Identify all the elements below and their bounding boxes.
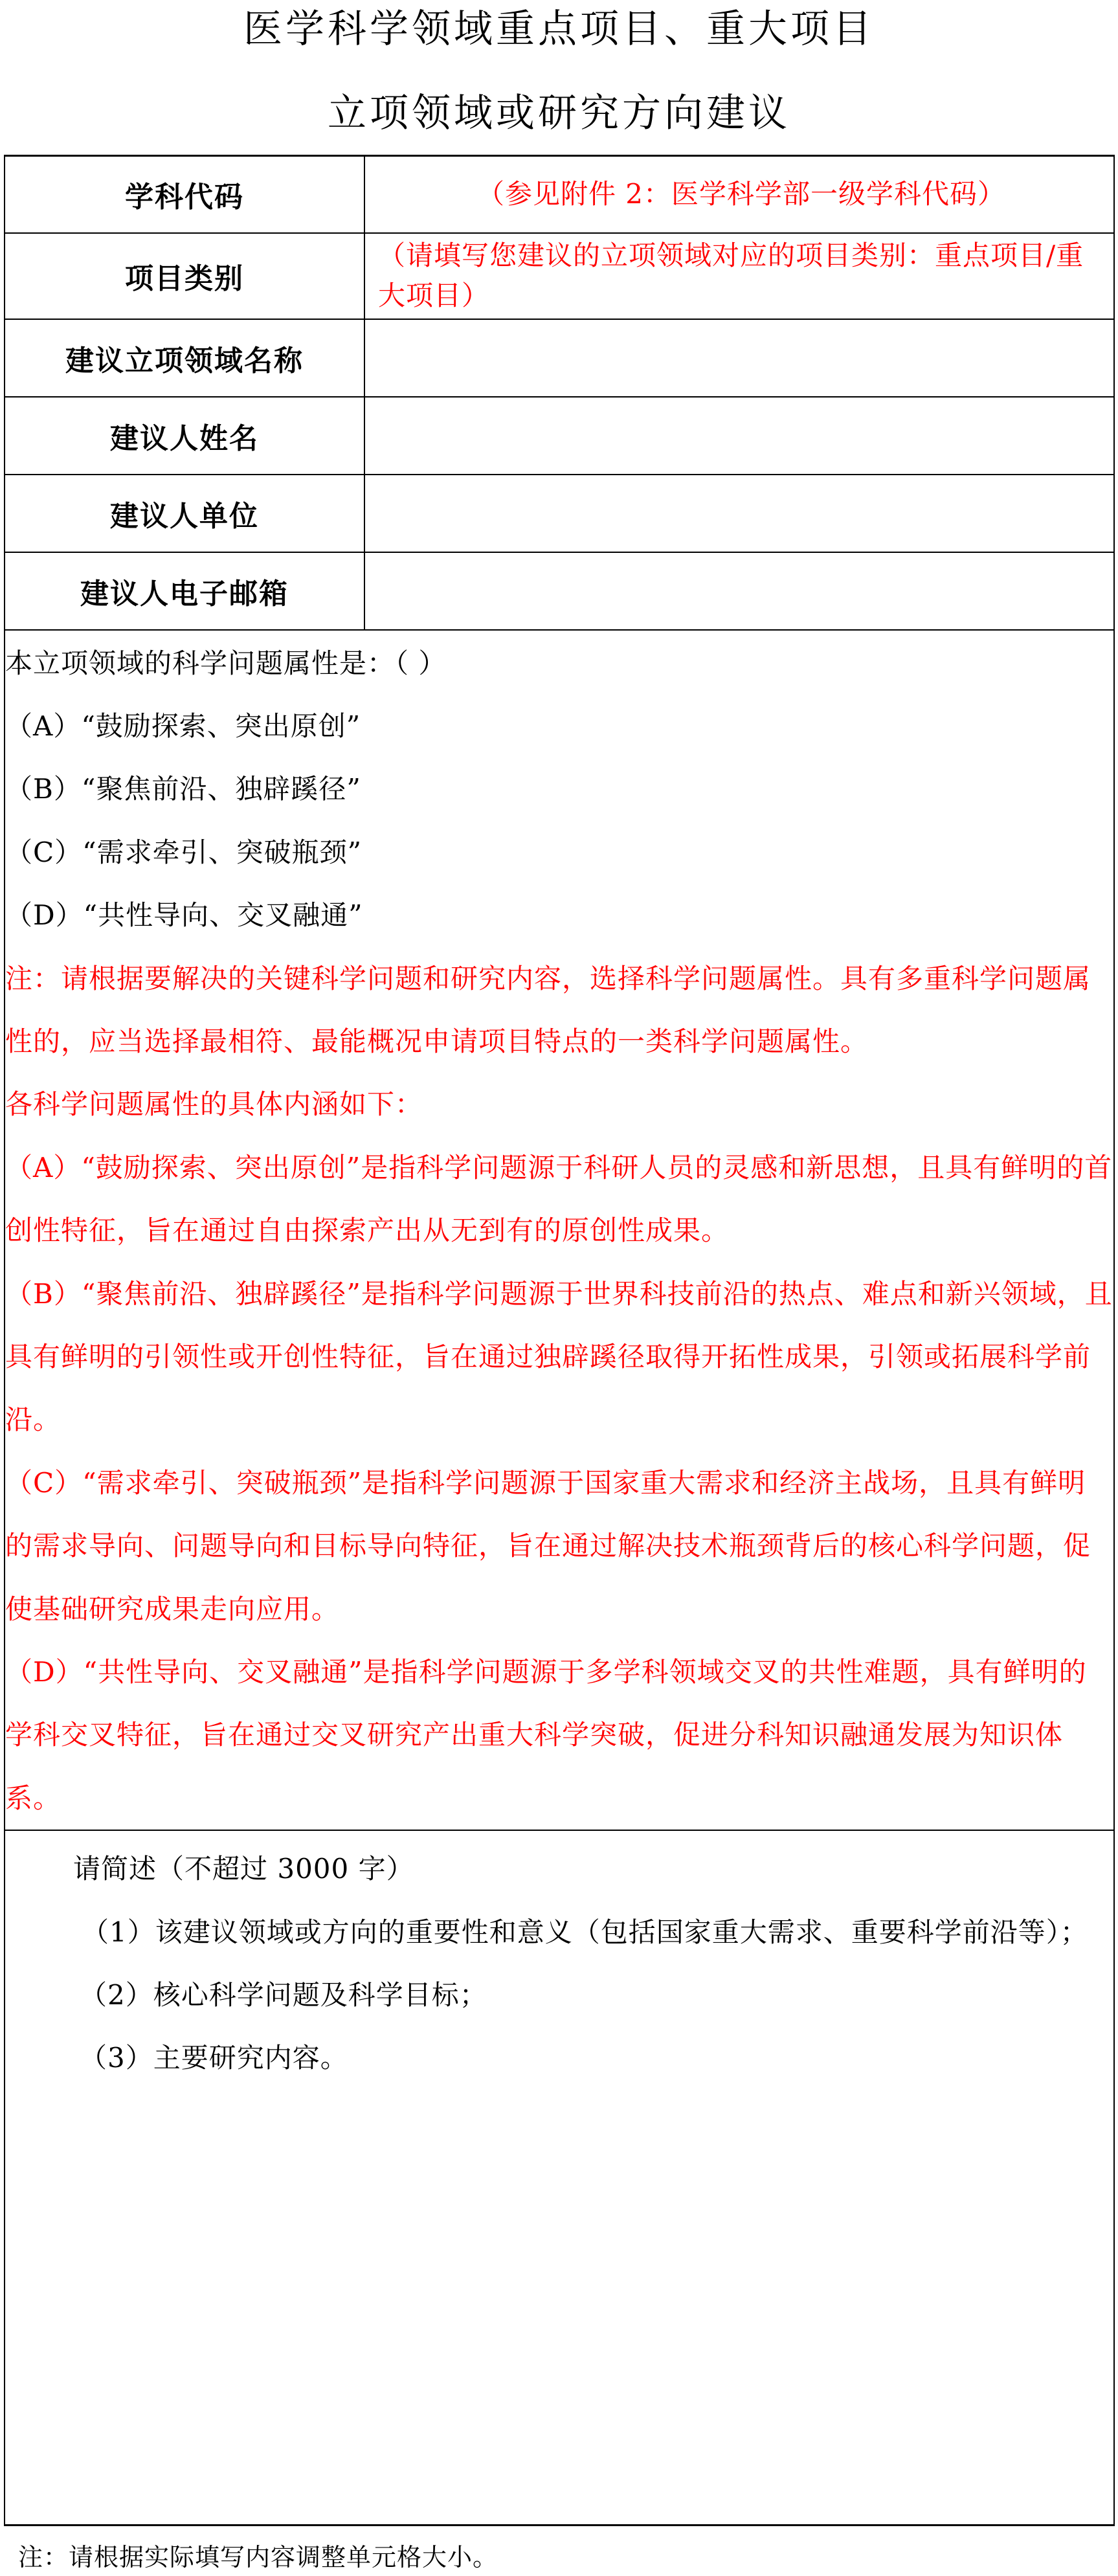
proposer-email-cell [364,552,1114,630]
form-row-description: 请简述（不超过 3000 字） （1）该建议领域或方向的重要性和意义（包括国家重… [5,1830,1114,2525]
form-row-proposer-name: 建议人姓名 [5,397,1114,475]
description-item-1: （1）该建议领域或方向的重要性和意义（包括国家重大需求、重要科学前沿等）； [5,1901,1113,1964]
attribute-option-b: （B）“聚焦前沿、独辟蹊径” [5,757,1113,820]
proposer-email-input[interactable] [365,576,1113,607]
document-title-line1: 医学科学领域重点项目、重大项目 [0,3,1118,55]
proposer-institution-input[interactable] [365,498,1113,529]
description-section: 请简述（不超过 3000 字） （1）该建议领域或方向的重要性和意义（包括国家重… [5,1830,1114,2525]
attribute-option-c: （C）“需求牵引、突破瓶颈” [5,821,1113,884]
attribute-definition-b: （B）“聚焦前沿、独辟蹊径”是指科学问题源于世界科技前沿的热点、难点和新兴领域，… [5,1262,1113,1451]
description-item-2: （2）核心科学问题及科学目标； [5,1964,1113,2026]
form-row-subject-code: 学科代码 （参见附件 2：医学科学部一级学科代码） [5,156,1114,233]
footer-note: 注：请根据实际填写内容调整单元格大小。 [18,2538,498,2576]
attribute-option-a: （A）“鼓励探索、突出原创” [5,695,1113,757]
proposer-name-cell [364,397,1114,475]
description-answer-area[interactable] [5,2090,1116,2455]
form-row-proposer-email: 建议人电子邮箱 [5,552,1114,630]
proposal-form-table: 学科代码 （参见附件 2：医学科学部一级学科代码） 项目类别 （请填写您建议的立… [4,155,1115,2526]
subject-code-field[interactable]: （参见附件 2：医学科学部一级学科代码） [364,156,1114,233]
field-name-input[interactable] [365,342,1113,374]
proposer-institution-cell [364,475,1114,552]
description-prompt: 请简述（不超过 3000 字） [5,1837,1113,1900]
attribute-definitions-heading: 各科学问题属性的具体内涵如下： [5,1073,1113,1136]
form-row-science-attribute: 本立项领域的科学问题属性是：（ ） （A）“鼓励探索、突出原创” （B）“聚焦前… [5,630,1114,1831]
science-attribute-section: 本立项领域的科学问题属性是：（ ） （A）“鼓励探索、突出原创” （B）“聚焦前… [5,630,1114,1831]
form-row-field-name: 建议立项领域名称 [5,319,1114,397]
project-category-field[interactable]: （请填写您建议的立项领域对应的项目类别：重点项目/重大项目） [364,233,1114,319]
proposer-institution-label: 建议人单位 [5,475,364,552]
attribute-selection-note: 注：请根据要解决的关键科学问题和研究内容，选择科学问题属性。具有多重科学问题属性… [5,947,1113,1073]
document-title-line2: 立项领域或研究方向建议 [0,87,1118,139]
description-item-3: （3）主要研究内容。 [5,2026,1113,2089]
project-category-label: 项目类别 [5,233,364,319]
proposer-name-label: 建议人姓名 [5,397,364,475]
field-name-label: 建议立项领域名称 [5,319,364,397]
subject-code-hint: （参见附件 2：医学科学部一级学科代码） [477,178,1005,210]
attribute-question[interactable]: 本立项领域的科学问题属性是：（ ） [5,632,1113,695]
subject-code-label: 学科代码 [5,156,364,233]
field-name-cell [364,319,1114,397]
proposer-name-input[interactable] [365,420,1113,451]
attribute-definition-d: （D）“共性导向、交叉融通”是指科学问题源于多学科领域交叉的共性难题，具有鲜明的… [5,1641,1113,1830]
project-category-hint: （请填写您建议的立项领域对应的项目类别：重点项目/重大项目） [378,240,1084,311]
form-row-project-category: 项目类别 （请填写您建议的立项领域对应的项目类别：重点项目/重大项目） [5,233,1114,319]
attribute-definition-a: （A）“鼓励探索、突出原创”是指科学问题源于科研人员的灵感和新思想，且具有鲜明的… [5,1136,1113,1262]
attribute-option-d: （D）“共性导向、交叉融通” [5,884,1113,946]
form-row-proposer-institution: 建议人单位 [5,475,1114,552]
attribute-definition-c: （C）“需求牵引、突破瓶颈”是指科学问题源于国家重大需求和经济主战场，且具有鲜明… [5,1451,1113,1641]
proposer-email-label: 建议人电子邮箱 [5,552,364,630]
